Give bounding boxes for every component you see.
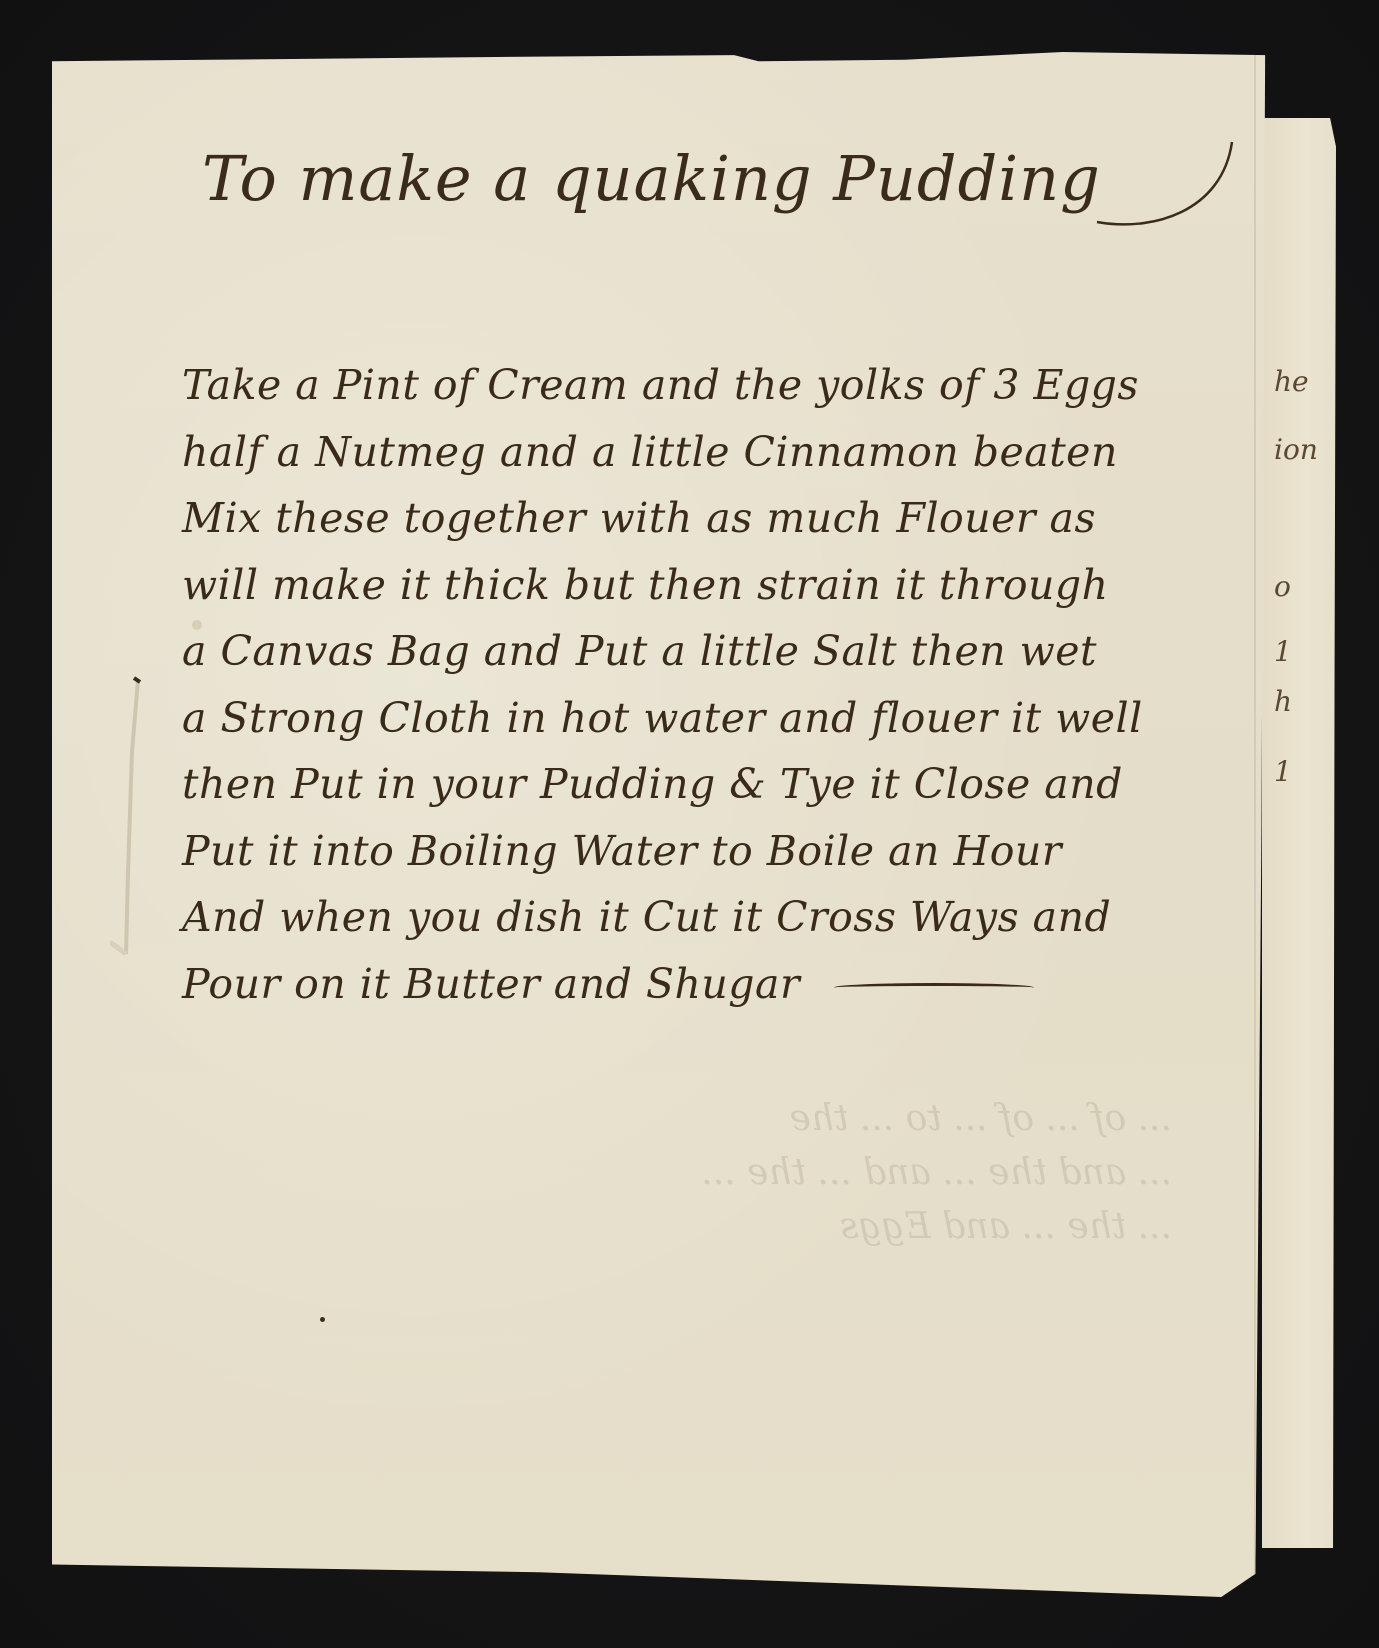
recipe-line: Put it into Boiling Water to Boile an Ho… [182, 818, 1252, 885]
recipe-line: And when you dish it Cut it Cross Ways a… [182, 884, 1252, 951]
margin-fragment: h [1274, 688, 1292, 716]
margin-fragment: he [1274, 368, 1309, 396]
recipe-line: Pour on it Butter and Shugar [182, 960, 800, 1008]
recipe-last-line: Pour on it Butter and Shugar [182, 951, 1252, 1018]
binding-thread-icon [110, 672, 150, 962]
bleed-line: ... the ... and Eggs [272, 1200, 1172, 1254]
ink-speck [320, 1317, 325, 1322]
recipe-line: then Put in your Pudding & Tye it Close … [182, 751, 1252, 818]
margin-fragment: o [1274, 573, 1291, 601]
bottom-fold-crease [52, 1600, 1270, 1606]
fold-crease [1254, 52, 1256, 1597]
bleed-line: ... of ... of ... to ... the [272, 1092, 1172, 1146]
margin-fragment: ion [1274, 436, 1318, 464]
recipe-line: a Canvas Bag and Put a little Salt then … [182, 618, 1252, 685]
bleed-line: ... and the ... and ... the ... [272, 1146, 1172, 1200]
recipe-line: Mix these together with as much Flouer a… [182, 485, 1252, 552]
recipe-line: Take a Pint of Cream and the yolks of 3 … [182, 352, 1252, 419]
title-flourish-icon [1092, 122, 1242, 232]
manuscript-page: ... of ... of ... to ... the ... and the… [52, 52, 1270, 1597]
recipe-line: half a Nutmeg and a little Cinnamon beat… [182, 419, 1252, 486]
back-sheet: he ion o 1 h 1 [1262, 118, 1336, 1548]
recipe-line: will make it thick but then strain it th… [182, 552, 1252, 619]
recipe-body: Take a Pint of Cream and the yolks of 3 … [182, 352, 1252, 1017]
margin-fragment: 1 [1274, 638, 1292, 666]
recipe-line: a Strong Cloth in hot water and flouer i… [182, 685, 1252, 752]
recipe-title: To make a quaking Pudding [202, 142, 1101, 215]
end-flourish-icon [834, 983, 1034, 992]
archive-photo-backdrop: he ion o 1 h 1 ... of ... of ... to ... … [0, 0, 1379, 1648]
bleed-through-text: ... of ... of ... to ... the ... and the… [272, 1092, 1172, 1254]
stain-spot [192, 620, 202, 630]
margin-fragment: 1 [1274, 758, 1292, 786]
